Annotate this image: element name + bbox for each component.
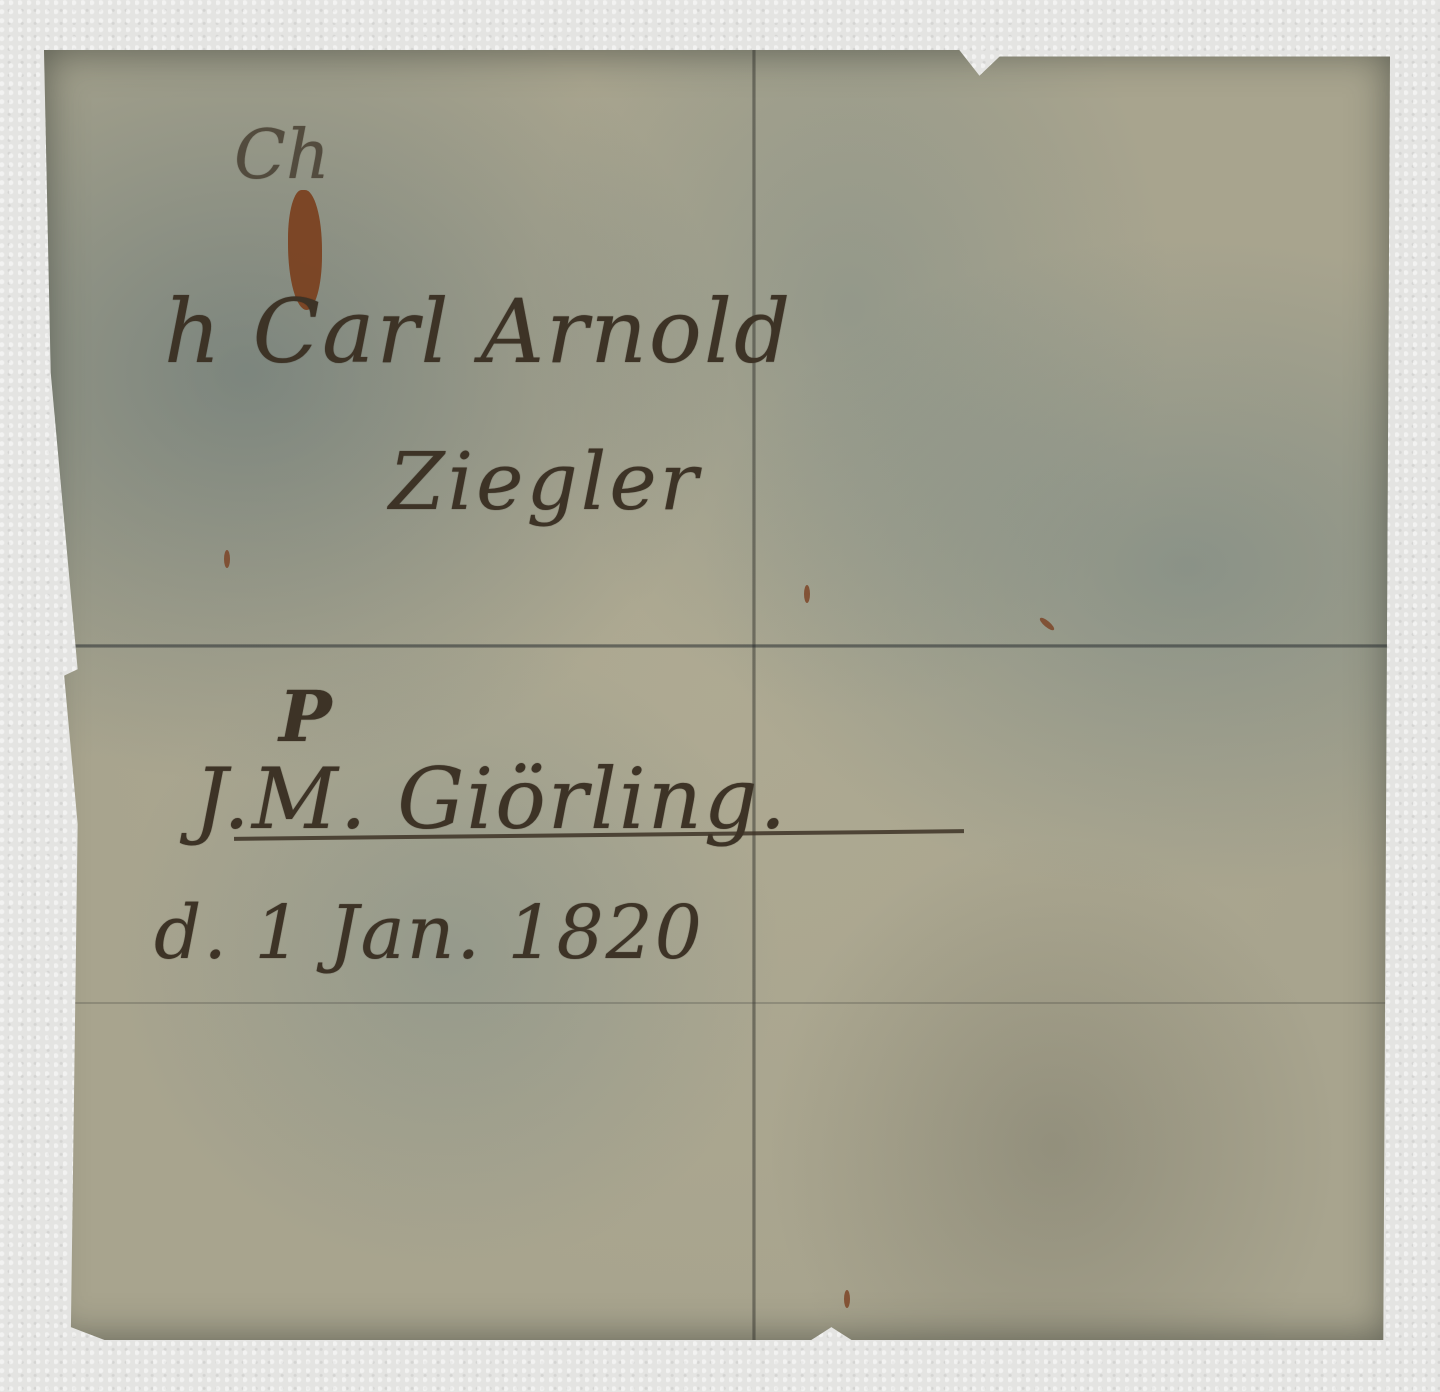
vertical-fold-crease [752,50,756,1340]
lower-fold-crease [44,1002,1390,1004]
ink-spot [224,550,230,568]
ink-spot [1038,616,1056,632]
horizontal-fold-crease [44,644,1390,648]
handwritten-initial: P [279,675,332,758]
handwritten-date: d. 1 Jan. 1820 [154,890,704,976]
paper-sheet: Ch h Carl Arnold Ziegler P J.M. Giörling… [44,50,1390,1340]
handwritten-surname: Ziegler [389,435,701,528]
handwritten-name: h Carl Arnold [164,280,792,383]
ink-spot [844,1290,850,1308]
ink-spot [804,585,810,603]
handwritten-prefix: Ch [234,116,330,195]
